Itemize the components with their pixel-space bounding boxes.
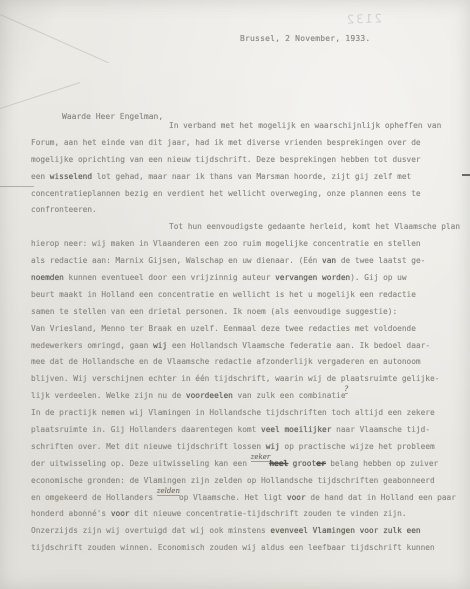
typed-text: de twee laatst ge- xyxy=(336,256,425,265)
letter-line: hierop neer: wij maken in Vlaanderen een… xyxy=(31,239,455,256)
typed-text: concentratieplannen bezig en verdient he… xyxy=(31,189,421,198)
letter-line: medewerkers omringd, gaan wij een Hollan… xyxy=(31,341,455,358)
typed-text: confronteeren. xyxy=(31,205,97,214)
letter-line: als redactie aan: Marnix Gijsen, Walscha… xyxy=(31,256,455,273)
letter-line: schriften over. Met dit nieuwe tijdschri… xyxy=(31,442,455,459)
overtyped-text: noemden xyxy=(31,273,64,282)
overtyped-text: wij xyxy=(153,341,167,350)
typed-text: beurt maakt in Holland een concentratie … xyxy=(31,290,416,299)
letter-body: In verband met het mogelijk en waarschij… xyxy=(31,121,455,560)
typed-text: kunnen eventueel door een vrijzinnig aut… xyxy=(64,273,275,282)
handwritten-insertion: ? xyxy=(345,385,349,394)
typed-text: samen te stellen van een drietal persone… xyxy=(31,307,397,316)
letter-line: Onzerzijds zijn wij overtuigd dat wij oo… xyxy=(31,526,455,543)
overtyped-text: voordeelen xyxy=(186,391,233,400)
letter-line: honderd abonné's voor dit nieuwe concent… xyxy=(31,509,455,526)
letter-line: tijdschrift zouden winnen. Economisch zo… xyxy=(31,543,455,560)
typed-text: op practische wijze het probleem xyxy=(280,442,435,451)
typed-text: de hand dat in Holland een paar xyxy=(306,493,456,502)
overtyped-text: veel moeilijker xyxy=(261,425,331,434)
typed-text: In de practijk nemen wij Vlamingen in Ho… xyxy=(31,408,435,417)
overtyped-text: voor xyxy=(287,493,306,502)
overtyped-text: wij xyxy=(266,442,280,451)
typed-text: Forum, aan het einde van dit jaar, had i… xyxy=(31,138,421,147)
letter-line: lijk verdeelen. Welke zijn nu de voordee… xyxy=(31,391,455,408)
struck-text: er xyxy=(316,459,325,468)
typed-text: een Hollandsch Vlaamsche federatie aan. … xyxy=(167,341,430,350)
letter-line: noemden kunnen eventueel door een vrijzi… xyxy=(31,273,455,290)
typed-text: In verband met het mogelijk en waarschij… xyxy=(169,121,441,130)
typed-text: dit nieuwe concentratie-tijdschrift zoud… xyxy=(130,509,407,518)
typed-text: als redactie aan: Marnix Gijsen, Walscha… xyxy=(31,256,322,265)
letter-line: confronteeren. xyxy=(31,205,455,222)
typed-text: der uitwisseling op. Deze uitwisseling k… xyxy=(31,459,252,468)
typed-text: blijven. Wij verschijnen echter in één t… xyxy=(31,374,439,383)
typed-text: lot gehad, maar naar ik thans van Marsma… xyxy=(92,172,411,181)
overtyped-text: voor xyxy=(111,509,130,518)
typed-text: van zulk een combinatie xyxy=(233,391,346,400)
dateline: Brussel, 2 November, 1933. xyxy=(240,34,370,43)
letter-line: mee dat de Hollandsche en de Vlaamsche r… xyxy=(31,357,455,374)
typed-text: Tot hun eenvoudigste gedaante herleid, k… xyxy=(169,222,460,231)
letter-line: samen te stellen van een drietal persone… xyxy=(31,307,455,324)
typed-text: economische gronden: de Vlamingen zijn z… xyxy=(31,476,435,485)
typed-text: en omgekeerd de Hollanders xyxy=(31,493,158,502)
letter-line: In de practijk nemen wij Vlamingen in Ho… xyxy=(31,408,455,425)
letter-line: Forum, aan het einde van dit jaar, had i… xyxy=(31,138,455,155)
typed-text: een xyxy=(31,172,50,181)
paper-crease xyxy=(0,82,80,111)
typed-text: mee dat de Hollandsche en de Vlaamsche r… xyxy=(31,357,421,366)
letter-line: beurt maakt in Holland een concentratie … xyxy=(31,290,455,307)
letter-line: In verband met het mogelijk en waarschij… xyxy=(31,121,455,138)
letter-line: der uitwisseling op. Deze uitwisseling k… xyxy=(31,459,455,476)
struck-text: heel xyxy=(269,459,288,468)
typed-text: naar Vlaamsche tijd- xyxy=(331,425,430,434)
letter-line: mogelijke oprichting van een nieuw tijds… xyxy=(31,155,455,172)
letter-line: en omgekeerd de Hollanders zeldenop Vlaa… xyxy=(31,493,455,510)
paper-crease xyxy=(0,14,109,64)
salutation: Waarde Heer Engelman, xyxy=(62,112,163,121)
typed-text: tijdschrift zouden winnen. Economisch zo… xyxy=(31,543,435,552)
letter-line: economische gronden: de Vlamingen zijn z… xyxy=(31,476,455,493)
typed-text: medewerkers omringd, gaan xyxy=(31,341,153,350)
typed-text: ). Gij op uw xyxy=(350,273,406,282)
bleedthrough-number: 2132 xyxy=(345,11,382,26)
typed-text: plaatsruimte in. Gij Hollanders daarente… xyxy=(31,425,261,434)
letter-line: Van Vriesland, Menno ter Braak en uzelf.… xyxy=(31,324,455,341)
typed-text: honderd abonné's xyxy=(31,509,111,518)
edge-scratch xyxy=(0,186,34,187)
typed-text: Onzerzijds zijn wij overtuigd dat wij oo… xyxy=(31,526,270,535)
letter-line: een wisselend lot gehad, maar naar ik th… xyxy=(31,172,455,189)
typed-text: mogelijke oprichting van een nieuw tijds… xyxy=(31,155,421,164)
overtyped-text: vervangen worden xyxy=(275,273,350,282)
letter-line: concentratieplannen bezig en verdient he… xyxy=(31,189,455,206)
overtyped-text: van xyxy=(322,256,336,265)
typed-text: op Vlaamsche. Het ligt xyxy=(179,493,287,502)
letter-page: 2132 Brussel, 2 November, 1933. Waarde H… xyxy=(0,0,470,589)
overtyped-text: wisselend xyxy=(50,172,92,181)
overtyped-text: evenveel Vlamingen voor zulk een xyxy=(270,526,420,535)
handwritten-insertion: zeker xyxy=(251,453,271,462)
overtyped-text: groot xyxy=(293,459,316,468)
typed-text: lijk verdeelen. Welke zijn nu de xyxy=(31,391,186,400)
typed-text: hierop neer: wij maken in Vlaanderen een… xyxy=(31,239,421,248)
typed-text: schriften over. Met dit nieuwe tijdschri… xyxy=(31,442,266,451)
typed-text: Van Vriesland, Menno ter Braak en uzelf.… xyxy=(31,324,416,333)
edge-mark xyxy=(462,174,470,176)
handwritten-insertion: zelden xyxy=(157,487,180,496)
letter-line: Tot hun eenvoudigste gedaante herleid, k… xyxy=(31,222,455,239)
letter-line: blijven. Wij verschijnen echter in één t… xyxy=(31,374,455,391)
letter-line: plaatsruimte in. Gij Hollanders daarente… xyxy=(31,425,455,442)
typed-text: belang hebben op zuiver xyxy=(326,459,439,468)
